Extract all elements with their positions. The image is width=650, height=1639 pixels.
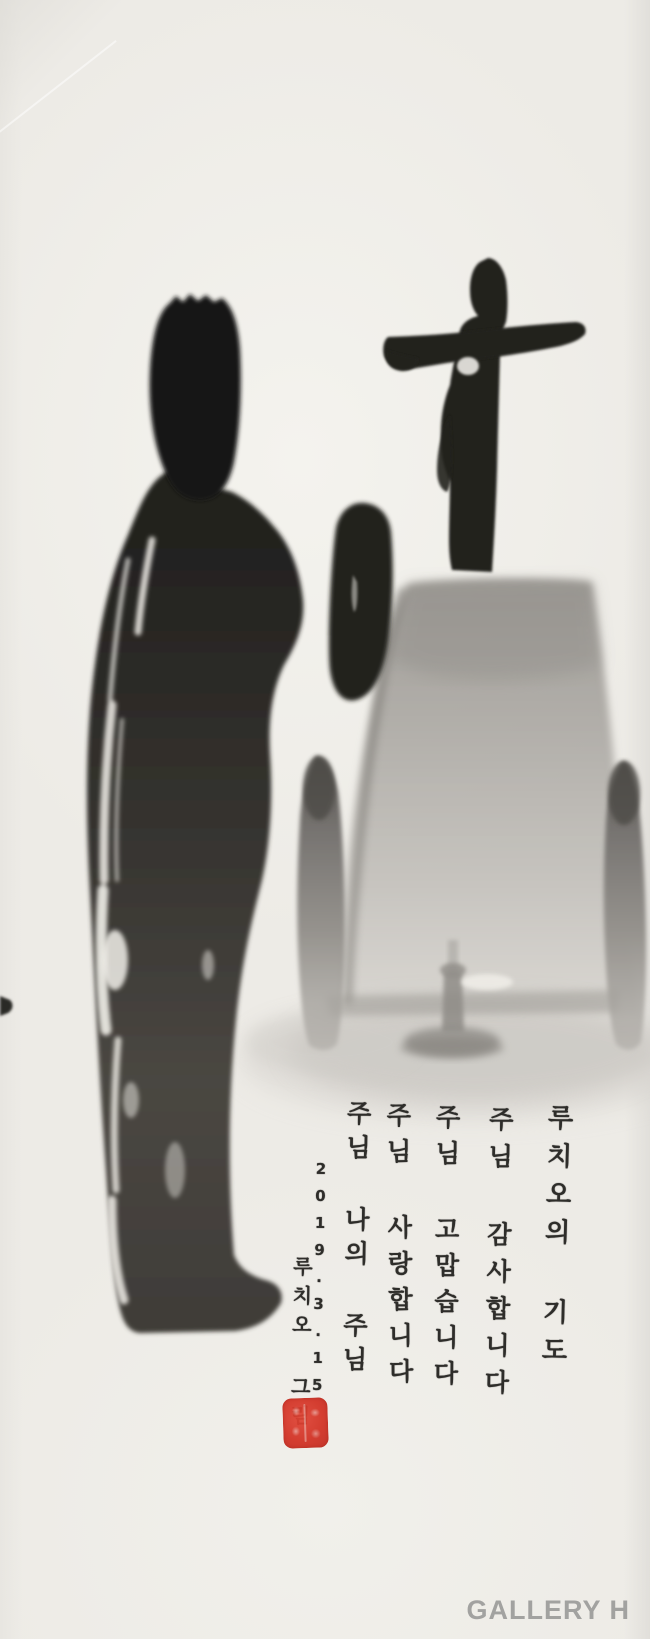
crucifix [383, 258, 585, 572]
figure-head [150, 294, 241, 500]
calligraphy-column-2: 주님 감사합니다 [476, 1106, 517, 1407]
cross-junction-gap [457, 357, 479, 375]
right-candle [604, 761, 647, 1050]
left-edge-ink-mark [0, 996, 12, 1016]
artwork-photo: 루치오의 기도 주님 감사합니다 주님 고맙습니다 주님 사랑합니다 주님 나의… [0, 0, 650, 1639]
calligraphy-column-4: 주님 사랑합니다 [379, 1102, 418, 1394]
cross-vertical-beam [441, 258, 508, 572]
seal-carving [303, 1404, 306, 1442]
calligraphy-column-5: 주님 나의 주님 [335, 1100, 376, 1381]
artist-seal-stamp [282, 1397, 329, 1449]
gallery-watermark: GALLERY H [466, 1595, 630, 1626]
altar-highlight [461, 974, 513, 990]
left-candle [297, 756, 345, 1050]
calligraphy-column-1: 루치오의 기도 [533, 1104, 577, 1375]
calligraphy-column-3: 주님 고맙습니다 [426, 1104, 465, 1396]
